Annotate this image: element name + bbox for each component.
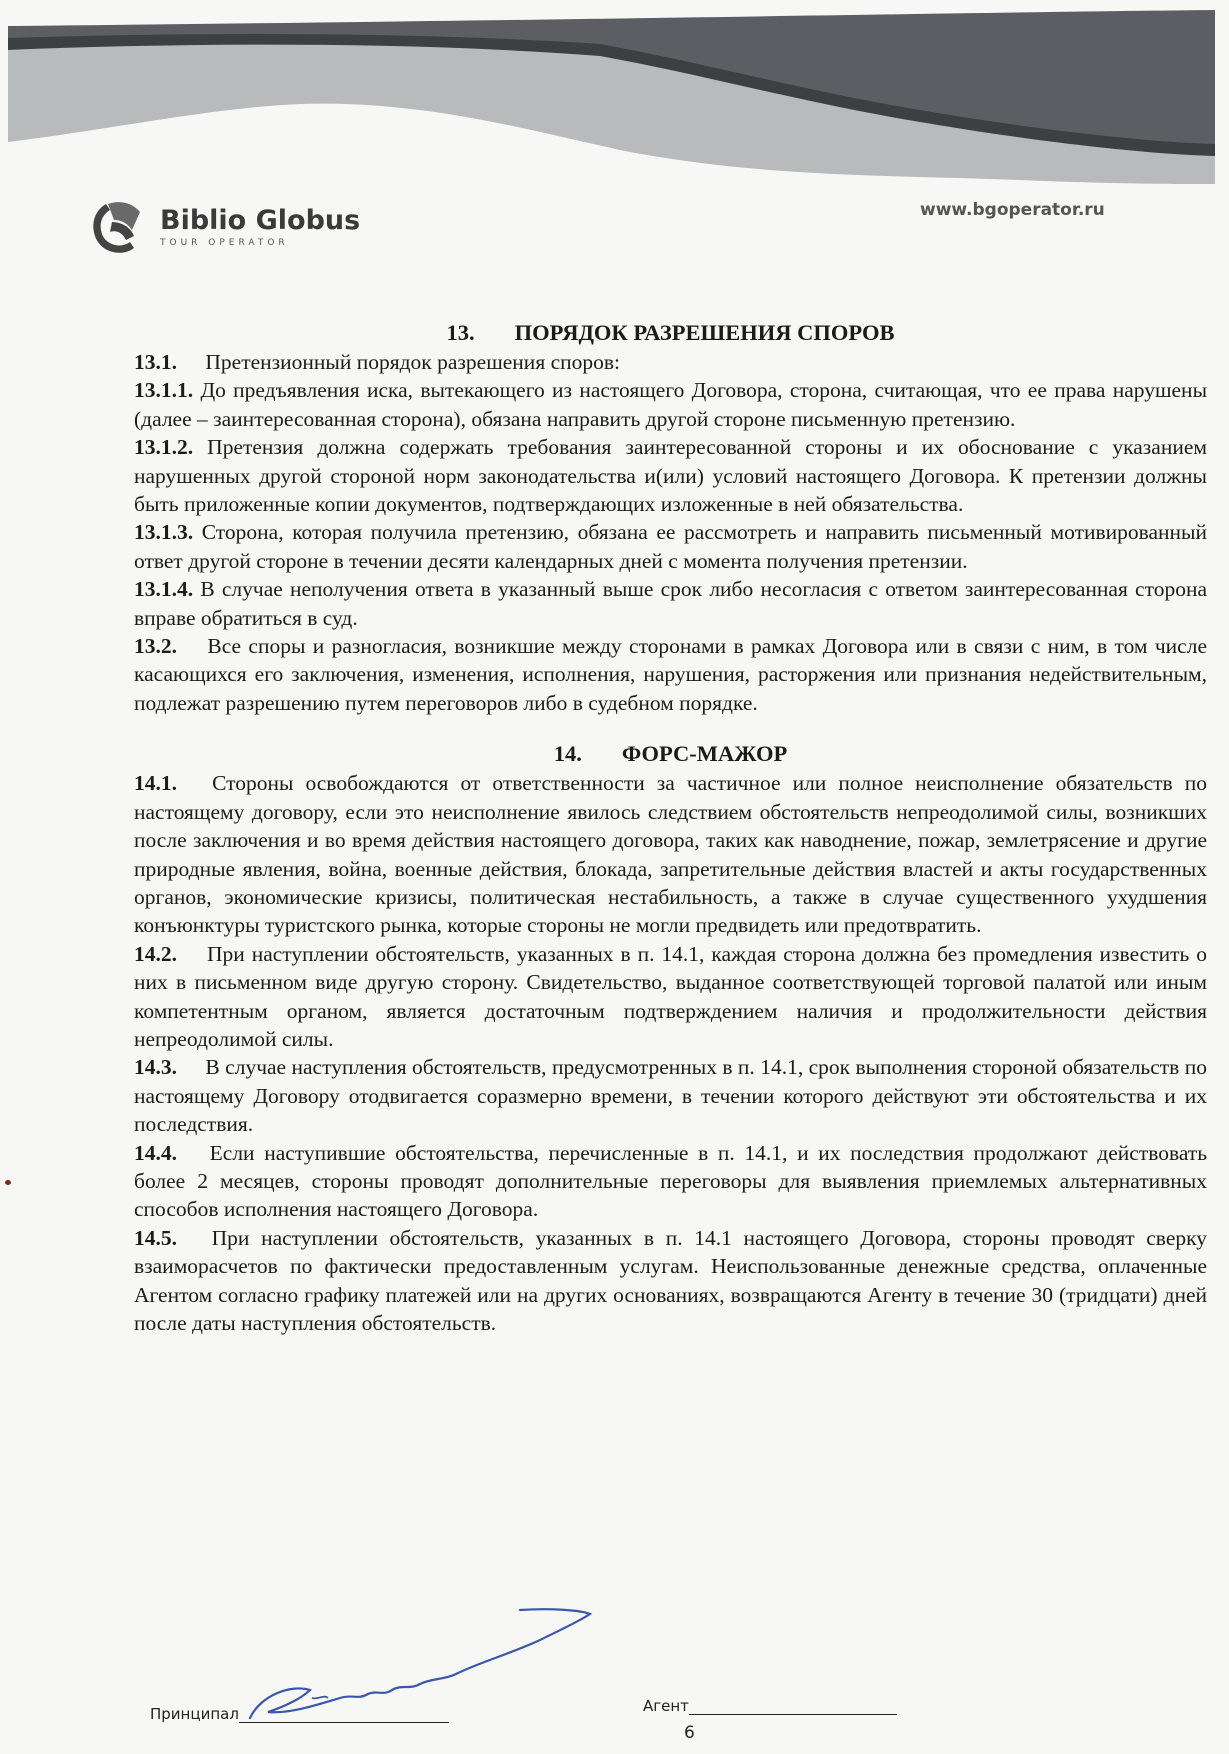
page-number: 6: [684, 1723, 695, 1743]
clause-number: 13.1.1.: [134, 378, 193, 402]
clause-text: Сторона, которая получила претензию, обя…: [134, 520, 1207, 572]
clause-number: 13.1.4.: [134, 577, 193, 601]
header-wave-graphic: [0, 0, 1229, 200]
clause-13-1-1: 13.1.1. До предъявления иска, вытекающег…: [134, 376, 1207, 433]
clause-number: 13.1.2.: [134, 435, 193, 459]
agent-signature-line: [689, 1714, 897, 1715]
clause-text: В случае неполучения ответа в указанный …: [134, 577, 1207, 629]
agent-signature-field: Агент: [643, 1697, 897, 1715]
clause-14-4: 14.4. Если наступившие обстоятельства, п…: [134, 1139, 1207, 1224]
clause-text: Претензионный порядок разрешения споров:: [205, 350, 620, 374]
clause-number: 13.2.: [134, 632, 200, 660]
section-title: ПОРЯДОК РАЗРЕШЕНИЯ СПОРОВ: [515, 320, 895, 345]
section-spacer: [134, 717, 1207, 739]
clause-number: 14.1.: [134, 769, 200, 797]
clause-text: При наступлении обстоятельств, указанных…: [134, 1226, 1207, 1335]
clause-text: Претензия должна содержать требования за…: [134, 435, 1207, 516]
brand-logo: Biblio Globus TOUR OPERATOR: [88, 196, 360, 258]
section-number: 13.: [446, 318, 474, 348]
clause-13-1-3: 13.1.3. Сторона, которая получила претен…: [134, 518, 1207, 575]
document-body: 13.ПОРЯДОК РАЗРЕШЕНИЯ СПОРОВ 13.1. Прете…: [134, 318, 1207, 1337]
clause-text: Все споры и разногласия, возникшие между…: [134, 634, 1207, 715]
clause-text: В случае наступления обстоятельств, пред…: [134, 1055, 1207, 1136]
clause-number: 14.3.: [134, 1053, 200, 1081]
brand-name: Biblio Globus: [160, 206, 360, 236]
clause-number: 14.5.: [134, 1224, 200, 1252]
brand-tagline: TOUR OPERATOR: [160, 238, 360, 248]
clause-number: 14.2.: [134, 940, 200, 968]
clause-number: 13.1.3.: [134, 520, 193, 544]
section-title: ФОРС-МАЖОР: [622, 741, 787, 766]
clause-13-1-2: 13.1.2. Претензия должна содержать требо…: [134, 433, 1207, 518]
principal-label: Принципал: [150, 1705, 239, 1723]
clause-number: 13.1.: [134, 348, 200, 376]
clause-13-2: 13.2. Все споры и разногласия, возникшие…: [134, 632, 1207, 717]
clause-13-1-4: 13.1.4. В случае неполучения ответа в ук…: [134, 575, 1207, 632]
website-url: www.bgoperator.ru: [920, 200, 1105, 220]
clause-text: При наступлении обстоятельств, указанных…: [134, 942, 1207, 1051]
section-heading-13: 13.ПОРЯДОК РАЗРЕШЕНИЯ СПОРОВ: [134, 318, 1207, 348]
scan-artifact-dot: [5, 1180, 11, 1185]
section-number: 14.: [554, 739, 582, 769]
clause-14-2: 14.2. При наступлении обстоятельств, ука…: [134, 940, 1207, 1054]
clause-text: Если наступившие обстоятельства, перечис…: [134, 1141, 1207, 1222]
agent-label: Агент: [643, 1697, 689, 1715]
clause-text: До предъявления иска, вытекающего из нас…: [134, 378, 1207, 430]
biblio-globus-logo-icon: [88, 196, 150, 258]
clause-text: Стороны освобождаются от ответственности…: [134, 771, 1207, 937]
clause-number: 14.4.: [134, 1139, 200, 1167]
clause-14-1: 14.1. Стороны освобождаются от ответстве…: [134, 769, 1207, 939]
clause-13-1: 13.1. Претензионный порядок разрешения с…: [134, 348, 1207, 376]
clause-14-5: 14.5. При наступлении обстоятельств, ука…: [134, 1224, 1207, 1338]
section-heading-14: 14.ФОРС-МАЖОР: [134, 739, 1207, 769]
principal-signature-line: [239, 1722, 449, 1723]
principal-signature-field: Принципал: [150, 1705, 449, 1723]
clause-14-3: 14.3. В случае наступления обстоятельств…: [134, 1053, 1207, 1138]
